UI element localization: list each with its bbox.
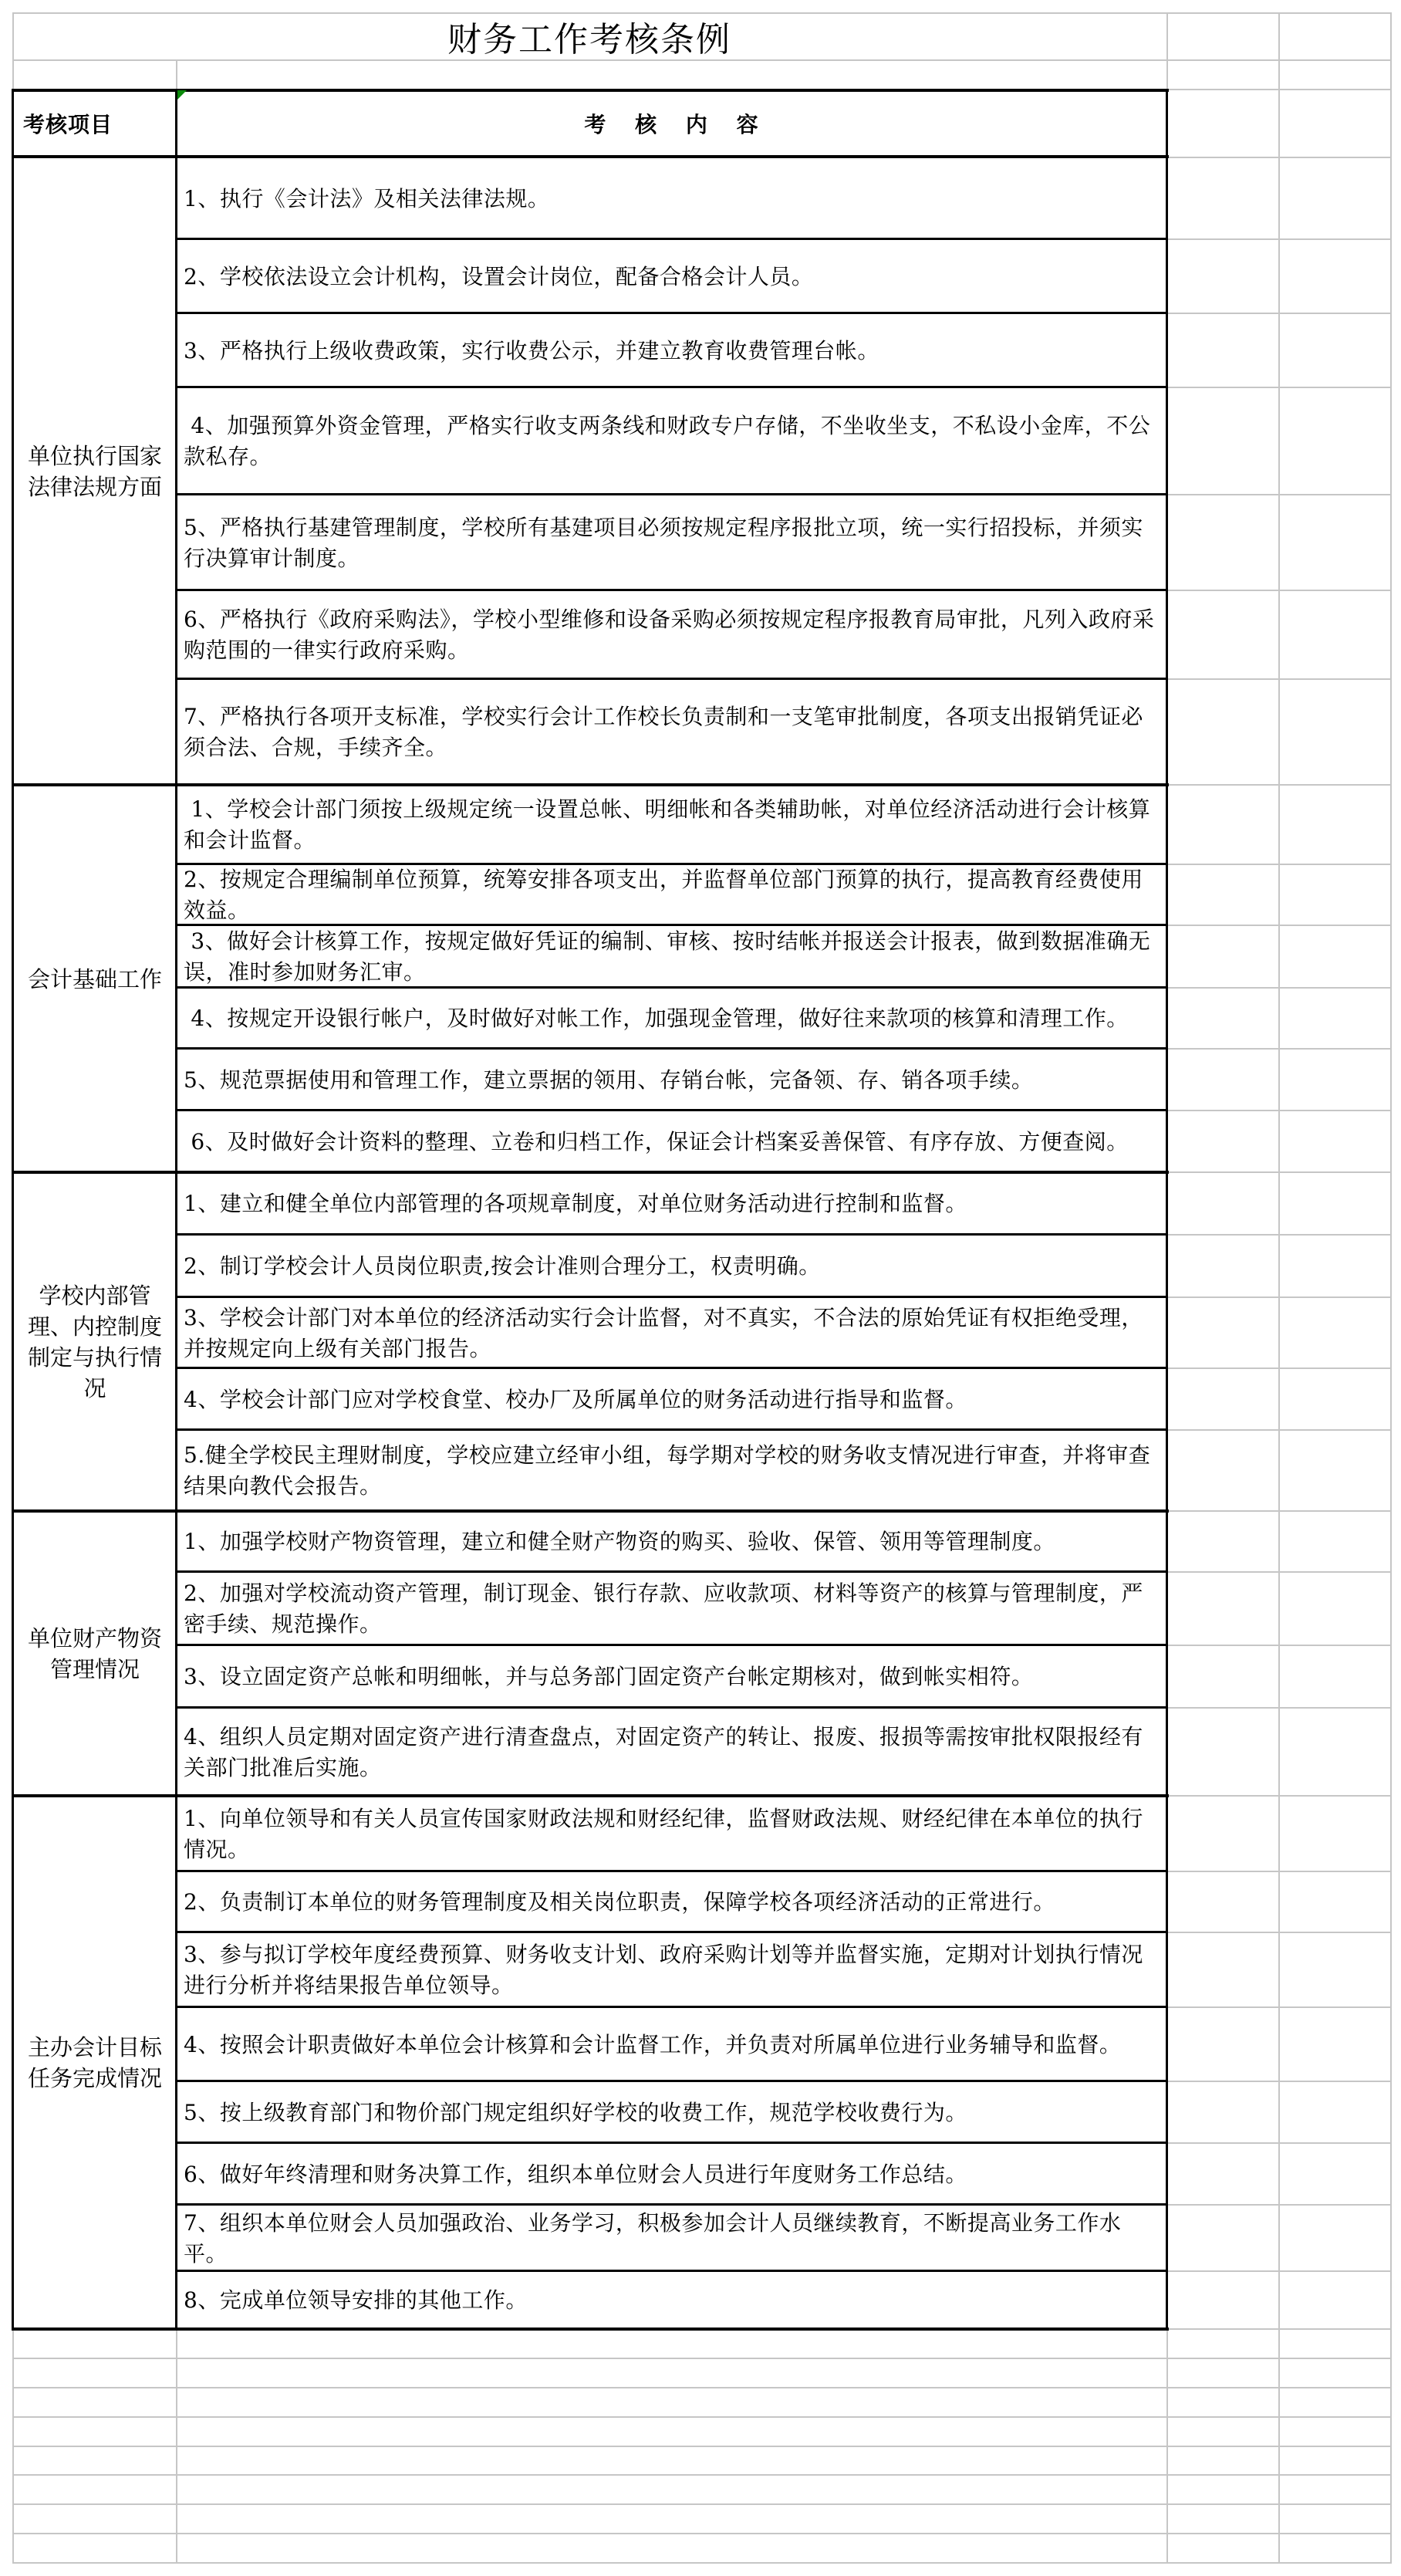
content-text: 1、加强学校财产物资管理，建立和健全财产物资的购买、验收、保管、领用等管理制度。 (184, 1526, 1055, 1557)
gridline (1166, 1367, 1392, 1369)
header-content: 考 核 内 容 (177, 91, 1166, 156)
content-text: 5、规范票据使用和管理工作，建立票据的领用、存销台帐，完备领、存、销各项手续。 (184, 1065, 1033, 1096)
row-border (177, 2006, 1167, 2008)
gridline (1166, 1707, 1392, 1709)
gridline (1166, 2006, 1392, 2008)
category-cell: 单位财产物资管理情况 (14, 1513, 176, 1795)
gridline (1166, 1429, 1392, 1431)
gridline (176, 2328, 177, 2564)
content-cell: 1、学校会计部门须按上级规定统一设置总帐、明细帐和各类辅助帐，对单位经济活动进行… (177, 786, 1166, 864)
gridline (12, 2562, 1392, 2564)
gridline (1166, 2142, 1392, 2144)
content-cell: 6、严格执行《政府采购法》，学校小型维修和设备采购必须按规定程序报教育局审批，凡… (177, 592, 1166, 678)
content-text: 4、组织人员定期对固定资产进行清查盘点，对固定资产的转让、报废、报损等需按审批权… (184, 1722, 1160, 1783)
content-text: 3、严格执行上级收费政策，实行收费公示，并建立教育收费管理台帐。 (184, 336, 879, 367)
table-left-border (12, 89, 14, 2331)
gridline (1166, 1171, 1392, 1173)
row-border (177, 1870, 1167, 1872)
table-right-border (1166, 89, 1168, 2331)
content-cell: 6、做好年终清理和财务决算工作，组织本单位财会人员进行年度财务工作总结。 (177, 2145, 1166, 2204)
content-text: 6、做好年终清理和财务决算工作，组织本单位财会人员进行年度财务工作总结。 (184, 2159, 967, 2190)
gridline (1166, 784, 1392, 786)
content-text: 1、执行《会计法》及相关法律法规。 (184, 184, 549, 215)
row-border (177, 386, 1167, 388)
content-cell: 2、负责制订本单位的财务管理制度及相关岗位职责，保障学校各项经济活动的正常进行。 (177, 1873, 1166, 1932)
column-divider (175, 89, 177, 2331)
content-cell: 4、组织人员定期对固定资产进行清查盘点，对固定资产的转让、报废、报损等需按审批权… (177, 1709, 1166, 1795)
content-cell: 4、按规定开设银行帐户，及时做好对帐工作，加强现金管理，做好往来款项的核算和清理… (177, 989, 1166, 1048)
content-text: 3、做好会计核算工作，按规定做好凭证的编制、审核、按时结帐并报送会计报表，做到数… (184, 926, 1160, 988)
content-cell: 3、参与拟订学校年度经费预算、财务收支计划、政府采购计划等并监督实施，定期对计划… (177, 1934, 1166, 2006)
content-text: 7、严格执行各项开支标准，学校实行会计工作校长负责制和一支笔审批制度，各项支出报… (184, 701, 1160, 763)
gridline (1166, 157, 1392, 158)
gridline (1166, 1048, 1392, 1050)
category-cell: 主办会计目标任务完成情况 (14, 1797, 176, 2328)
gridline (1166, 590, 1392, 591)
content-text: 5、严格执行基建管理制度，学校所有基建项目必须按规定程序报批立项，统一实行招投标… (184, 512, 1160, 574)
content-cell: 5、规范票据使用和管理工作，建立票据的领用、存销台帐，完备领、存、销各项手续。 (177, 1050, 1166, 1110)
gridline (176, 59, 177, 90)
content-text: 8、完成单位领导安排的其他工作。 (184, 2285, 528, 2316)
row-border (177, 1367, 1167, 1369)
row-border (177, 2080, 1167, 2082)
content-cell: 7、严格执行各项开支标准，学校实行会计工作校长负责制和一支笔审批制度，各项支出报… (177, 681, 1166, 784)
content-cell: 7、组织本单位财会人员加强政治、业务学习，积极参加会计人员继续教育，不断提高业务… (177, 2206, 1166, 2270)
content-text: 3、参与拟订学校年度经费预算、财务收支计划、政府采购计划等并监督实施，定期对计划… (184, 1939, 1160, 2001)
row-border (177, 678, 1167, 680)
gridline (1166, 1871, 1392, 1872)
content-cell: 1、建立和健全单位内部管理的各项规章制度，对单位财务活动进行控制和监督。 (177, 1174, 1166, 1234)
gridline (1278, 12, 1280, 2564)
gridline (12, 2387, 1392, 2388)
gridline (1166, 387, 1392, 388)
gridline (1166, 987, 1392, 989)
content-text: 2、负责制订本单位的财务管理制度及相关岗位职责，保障学校各项经济活动的正常进行。 (184, 1887, 1055, 1918)
category-cell: 学校内部管理、内控制度制定与执行情况 (14, 1174, 176, 1510)
row-border (177, 238, 1167, 240)
category-cell: 单位执行国家法律法规方面 (14, 159, 176, 784)
gridline (1166, 1571, 1392, 1573)
row-border (177, 493, 1167, 495)
content-cell: 6、及时做好会计资料的整理、立卷和归档工作，保证会计档案妥善保管、有序存放、方便… (177, 1112, 1166, 1171)
gridline (1166, 12, 1168, 90)
content-text: 5、按上级教育部门和物价部门规定组织好学校的收费工作，规范学校收费行为。 (184, 2098, 967, 2128)
content-cell: 4、按照会计职责做好本单位会计核算和会计监督工作，并负责对所属单位进行业务辅导和… (177, 2009, 1166, 2081)
gridline (12, 2416, 1392, 2418)
row-border (177, 1428, 1167, 1431)
category-cell: 会计基础工作 (14, 786, 176, 1171)
gridline (1166, 2328, 1168, 2564)
gridline (12, 2503, 1392, 2505)
content-cell: 1、向单位领导和有关人员宣传国家财政法规和财经纪律，监督财政法规、财经纪律在本单… (177, 1797, 1166, 1871)
row-border (177, 1296, 1167, 1298)
gridline (1166, 1795, 1392, 1797)
gridline (12, 2474, 1392, 2476)
content-text: 1、建立和健全单位内部管理的各项规章制度，对单位财务活动进行控制和监督。 (184, 1188, 967, 1219)
content-text: 1、学校会计部门须按上级规定统一设置总帐、明细帐和各类辅助帐，对单位经济活动进行… (184, 794, 1160, 856)
content-cell: 4、加强预算外资金管理，严格实行收支两条线和财政专户存储，不坐收坐支，不私设小金… (177, 389, 1166, 494)
content-cell: 2、按规定合理编制单位预算，统筹安排各项支出，并监督单位部门预算的执行，提高教育… (177, 866, 1166, 925)
gridline (1166, 1932, 1392, 1933)
content-cell: 1、执行《会计法》及相关法律法规。 (177, 159, 1166, 238)
content-text: 3、学校会计部门对本单位的经济活动实行会计监督，对不真实，不合法的原始凭证有权拒… (184, 1303, 1160, 1364)
content-cell: 2、学校依法设立会计机构，设置会计岗位，配备合格会计人员。 (177, 241, 1166, 313)
content-text: 4、按照会计职责做好本单位会计核算和会计监督工作，并负责对所属单位进行业务辅导和… (184, 2030, 1121, 2060)
gridline (1166, 1510, 1392, 1512)
header-category: 考核项目 (14, 91, 176, 156)
row-border (177, 1109, 1167, 1111)
gridline (1166, 2328, 1392, 2330)
gridline (12, 2533, 1392, 2534)
gridline (1166, 238, 1392, 240)
row-border (177, 1570, 1167, 1573)
content-text: 4、加强预算外资金管理，严格实行收支两条线和财政专户存储，不坐收坐支，不私设小金… (184, 411, 1160, 472)
row-border (177, 1233, 1167, 1236)
content-cell: 3、设立固定资产总帐和明细帐，并与总务部门固定资产台帐定期核对，做到帐实相符。 (177, 1647, 1166, 1707)
gridline (12, 2358, 1392, 2359)
gridline (1166, 1645, 1392, 1646)
content-text: 2、制订学校会计人员岗位职责,按会计准则合理分工，权责明确。 (184, 1251, 821, 1282)
content-cell: 3、做好会计核算工作，按规定做好凭证的编制、审核、按时结帐并报送会计报表，做到数… (177, 927, 1166, 987)
row-border (177, 986, 1167, 989)
gridline (1166, 1296, 1392, 1298)
content-cell: 5、严格执行基建管理制度，学校所有基建项目必须按规定程序报批立项，统一实行招投标… (177, 496, 1166, 590)
row-border (177, 1047, 1167, 1050)
header-bottom-border (12, 155, 1169, 158)
content-cell: 2、加强对学校流动资产管理，制订现金、银行存款、应收款项、材料等资产的核算与管理… (177, 1574, 1166, 1645)
row-border (177, 1644, 1167, 1646)
gridline (12, 2446, 1392, 2447)
row-border (177, 2142, 1167, 2144)
row-border (177, 2270, 1167, 2272)
gridline (12, 2328, 14, 2564)
content-text: 2、学校依法设立会计机构，设置会计岗位，配备合格会计人员。 (184, 262, 813, 292)
content-cell: 4、学校会计部门应对学校食堂、校办厂及所属单位的财务活动进行指导和监督。 (177, 1370, 1166, 1429)
gridline (1166, 1110, 1392, 1111)
row-border (177, 2203, 1167, 2206)
content-text: 1、向单位领导和有关人员宣传国家财政法规和财经纪律，监督财政法规、财经纪律在本单… (184, 1804, 1160, 1865)
gridline (1166, 494, 1392, 495)
content-text: 6、严格执行《政府采购法》，学校小型维修和设备采购必须按规定程序报教育局审批，凡… (184, 604, 1160, 666)
row-border (177, 312, 1167, 314)
content-text: 6、及时做好会计资料的整理、立卷和归档工作，保证会计档案妥善保管、有序存放、方便… (184, 1127, 1129, 1158)
content-text: 5.健全学校民主理财制度，学校应建立经审小组，每学期对学校的财务收支情况进行审查… (184, 1440, 1160, 1502)
sheet-title: 财务工作考核条例 (12, 12, 1166, 60)
content-cell: 3、学校会计部门对本单位的经济活动实行会计监督，对不真实，不合法的原始凭证有权拒… (177, 1299, 1166, 1367)
content-text: 4、按规定开设银行帐户，及时做好对帐工作，加强现金管理，做好往来款项的核算和清理… (184, 1003, 1129, 1034)
gridline (1166, 1234, 1392, 1236)
gridline (1166, 925, 1392, 926)
gridline (1166, 2204, 1392, 2206)
gridline (1166, 313, 1392, 314)
gridline (1166, 2081, 1392, 2082)
content-text: 3、设立固定资产总帐和明细帐，并与总务部门固定资产台帐定期核对，做到帐实相符。 (184, 1662, 1033, 1692)
gridline (1390, 12, 1392, 2564)
gridline (1166, 678, 1392, 680)
row-border (177, 1706, 1167, 1709)
content-cell: 3、严格执行上级收费政策，实行收费公示，并建立教育收费管理台帐。 (177, 315, 1166, 387)
content-cell: 2、制订学校会计人员岗位职责,按会计准则合理分工，权责明确。 (177, 1236, 1166, 1296)
content-text: 4、学校会计部门应对学校食堂、校办厂及所属单位的财务活动进行指导和监督。 (184, 1384, 967, 1415)
content-text: 2、加强对学校流动资产管理，制订现金、银行存款、应收款项、材料等资产的核算与管理… (184, 1578, 1160, 1640)
content-cell: 5.健全学校民主理财制度，学校应建立经审小组，每学期对学校的财务收支情况进行审查… (177, 1432, 1166, 1510)
content-text: 7、组织本单位财会人员加强政治、业务学习，积极参加会计人员继续教育，不断提高业务… (184, 2208, 1160, 2270)
row-border (177, 589, 1167, 591)
row-border (177, 1931, 1167, 1933)
comment-marker-icon (177, 90, 187, 100)
content-cell: 5、按上级教育部门和物价部门规定组织好学校的收费工作，规范学校收费行为。 (177, 2083, 1166, 2142)
content-cell: 1、加强学校财产物资管理，建立和健全财产物资的购买、验收、保管、领用等管理制度。 (177, 1513, 1166, 1571)
gridline (1166, 864, 1392, 865)
content-text: 2、按规定合理编制单位预算，统筹安排各项支出，并监督单位部门预算的执行，提高教育… (184, 864, 1160, 926)
content-cell: 8、完成单位领导安排的其他工作。 (177, 2273, 1166, 2328)
gridline (1166, 2270, 1392, 2272)
